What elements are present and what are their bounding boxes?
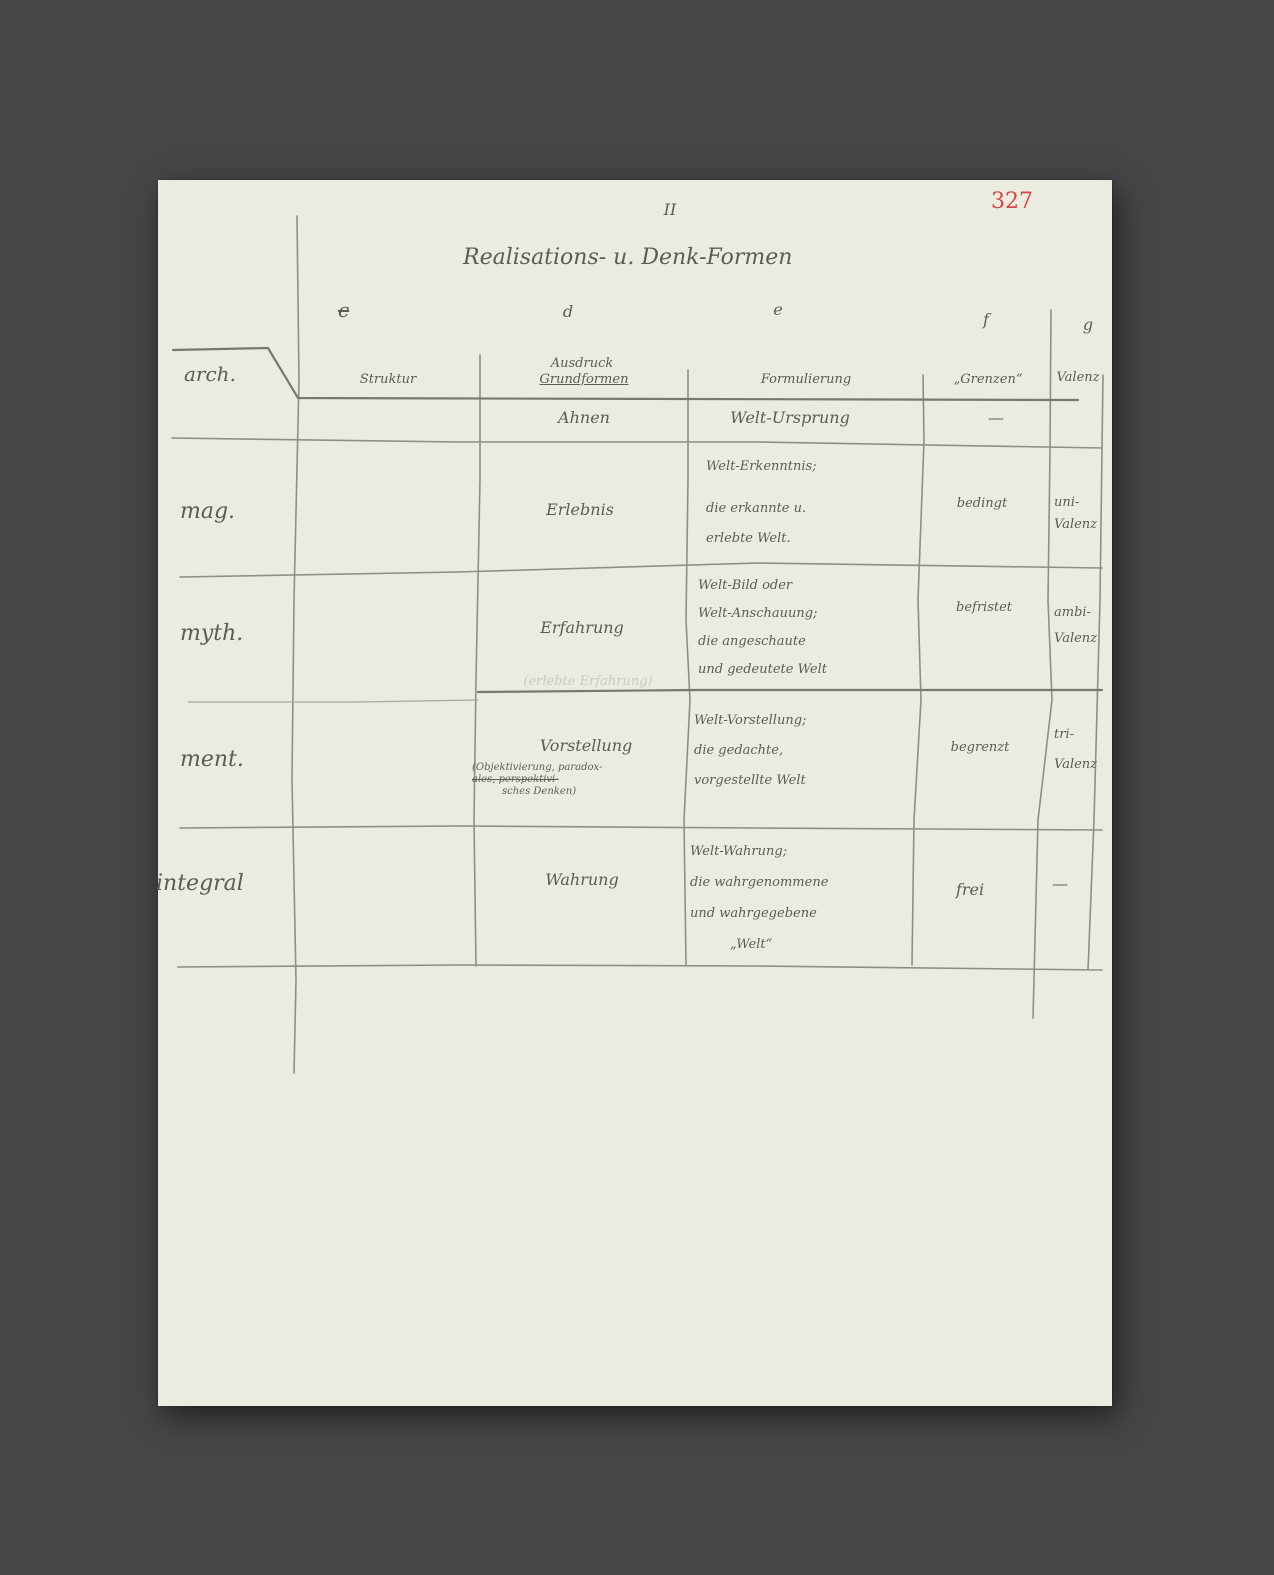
cell-grundform-arch: Ahnen [558, 408, 610, 428]
erased-note-myth: (erlebte Erfahrung) [523, 674, 652, 690]
cell-grundform-myth: Erfahrung [540, 618, 624, 638]
cell-valenz-myth: ambi-Valenz [1054, 600, 1098, 652]
cell-valenz-integral: — [1052, 874, 1068, 894]
header-struktur: Struktur [360, 372, 416, 388]
header-valenz: Valenz [1056, 370, 1099, 386]
archive-number: 327 [991, 188, 1033, 216]
cell-formulierung-arch: Welt-Ursprung [730, 408, 850, 428]
manuscript-page: 327 II Realisations- u. Denk-Formen c d … [158, 180, 1112, 1406]
cell-grenzen-ment: begrenzt [951, 740, 1010, 756]
header-grenzen: „Grenzen“ [954, 372, 1023, 388]
table-grid-lines [158, 180, 1112, 1406]
row-label-integral: integral [156, 870, 244, 898]
cell-formulierung-mag: Welt-Erkenntnis; die erkannte u. erlebte… [706, 452, 817, 554]
cell-grenzen-arch: — [988, 408, 1004, 428]
cell-formulierung-myth: Welt-Bild oder Welt-Anschauung; die ange… [698, 572, 827, 684]
cell-formulierung-integral: Welt-Wahrung; die wahrgenommene und wahr… [690, 836, 828, 960]
cell-formulierung-ment: Welt-Vorstellung; die gedachte, vorgeste… [694, 706, 806, 796]
row-label-myth: myth. [180, 620, 243, 648]
header-grundformen: Grundformen [540, 372, 629, 388]
cell-valenz-ment: tri-Valenz [1054, 720, 1098, 780]
column-letter-e: e [773, 300, 782, 320]
cell-grundform-integral: Wahrung [545, 870, 618, 890]
cell-grundform-note-ment: (Objektivierung, paradox- ales, perspekt… [472, 762, 602, 798]
column-letter-f: f [983, 310, 989, 330]
row-label-mag: mag. [180, 498, 235, 526]
cell-grenzen-integral: frei [956, 880, 984, 900]
column-letter-c: c [338, 298, 349, 323]
column-letter-d: d [563, 302, 573, 322]
cell-grundform-ment: Vorstellung [540, 736, 633, 756]
cell-valenz-mag: uni-Valenz [1054, 492, 1098, 536]
column-letter-g: g [1083, 315, 1093, 335]
cell-grenzen-mag: bedingt [957, 496, 1007, 512]
header-formulierung: Formulierung [761, 372, 851, 388]
row-label-ment: ment. [180, 746, 244, 774]
page-marker: II [664, 200, 677, 220]
row-label-arch: arch. [184, 362, 236, 387]
cell-grenzen-myth: befristet [956, 600, 1012, 616]
cell-grundform-mag: Erlebnis [546, 500, 614, 520]
header-ausdruck: Ausdruck [551, 356, 614, 372]
page-title: Realisations- u. Denk-Formen [463, 244, 792, 272]
